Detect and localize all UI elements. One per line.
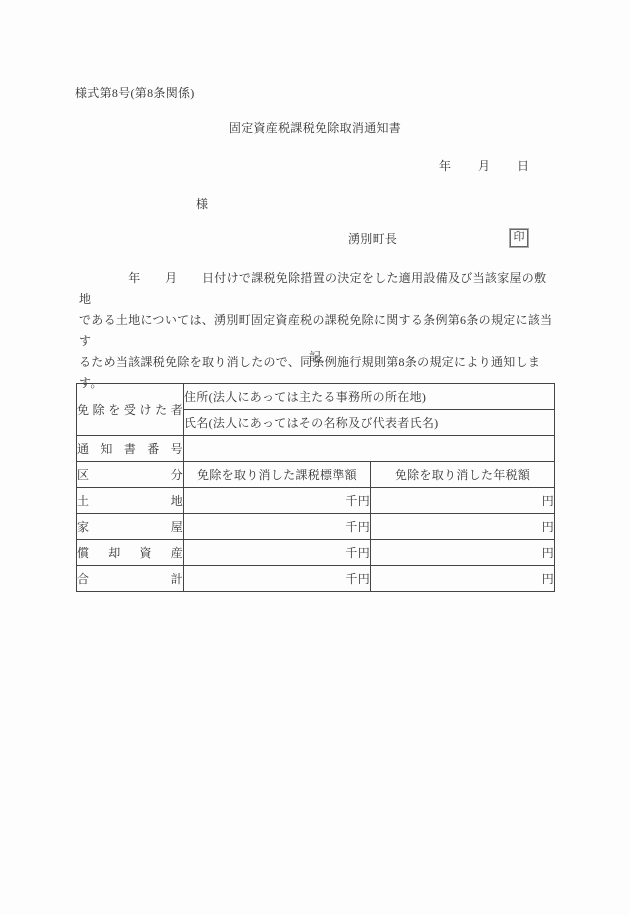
building-annual-tax-cell: 円 <box>371 514 555 540</box>
exempted-person-header: 免除を受けた者 <box>77 384 184 436</box>
depreciable-assets-annual-tax-cell: 円 <box>371 540 555 566</box>
total-base-amount-cell: 千円 <box>184 566 371 592</box>
issuer-title: 湧別町長 <box>348 232 397 246</box>
table-row-total: 合計 千円 円 <box>77 566 555 592</box>
building-base-amount-cell: 千円 <box>184 514 371 540</box>
recipient-honorific: 様 <box>196 197 208 211</box>
body-line-2: である土地については、湧別町固定資産税の課税免除に関する条例第6条の規定に該当す <box>79 310 558 352</box>
body-paragraph: 年 月 日付けで課税免除措置の決定をした適用設備及び当該家屋の敷地 である土地に… <box>79 268 558 394</box>
land-base-amount-cell: 千円 <box>184 488 371 514</box>
section-marker: 記 <box>0 350 630 364</box>
depreciable-assets-base-amount-cell: 千円 <box>184 540 371 566</box>
notice-table: 免除を受けた者 住所(法人にあっては主たる事務所の所在地) 氏名(法人にあっては… <box>76 383 555 592</box>
annual-tax-column-header: 免除を取り消した年税額 <box>371 462 555 488</box>
row-label-depreciable-assets: 償却資産 <box>77 540 184 566</box>
seal-label: 印 <box>514 231 525 244</box>
base-amount-column-header: 免除を取り消した課税標準額 <box>184 462 371 488</box>
row-label-total: 合計 <box>77 566 184 592</box>
seal-box: 印 <box>510 229 528 247</box>
row-label-building: 家屋 <box>77 514 184 540</box>
category-header: 区分 <box>77 462 184 488</box>
table-row-category-header: 区分 免除を取り消した課税標準額 免除を取り消した年税額 <box>77 462 555 488</box>
document-page: 様式第8号(第8条関係) 固定資産税課税免除取消通知書 年 月 日 様 湧別町長… <box>0 0 630 915</box>
name-label-cell: 氏名(法人にあってはその名称及び代表者氏名) <box>184 410 555 436</box>
table-row-address: 免除を受けた者 住所(法人にあっては主たる事務所の所在地) <box>77 384 555 410</box>
land-annual-tax-cell: 円 <box>371 488 555 514</box>
notice-number-header: 通知書番号 <box>77 436 184 462</box>
notice-number-value-cell <box>184 436 555 462</box>
date-line: 年 月 日 <box>439 159 530 173</box>
table-row-building: 家屋 千円 円 <box>77 514 555 540</box>
page-title: 固定資産税課税免除取消通知書 <box>0 121 630 135</box>
body-line-1: 年 月 日付けで課税免除措置の決定をした適用設備及び当該家屋の敷地 <box>79 268 558 310</box>
form-number: 様式第8号(第8条関係) <box>75 86 195 100</box>
total-annual-tax-cell: 円 <box>371 566 555 592</box>
address-label-cell: 住所(法人にあっては主たる事務所の所在地) <box>184 384 555 410</box>
table-row-depreciable-assets: 償却資産 千円 円 <box>77 540 555 566</box>
table-row-land: 土地 千円 円 <box>77 488 555 514</box>
row-label-land: 土地 <box>77 488 184 514</box>
table-row-notice-number: 通知書番号 <box>77 436 555 462</box>
